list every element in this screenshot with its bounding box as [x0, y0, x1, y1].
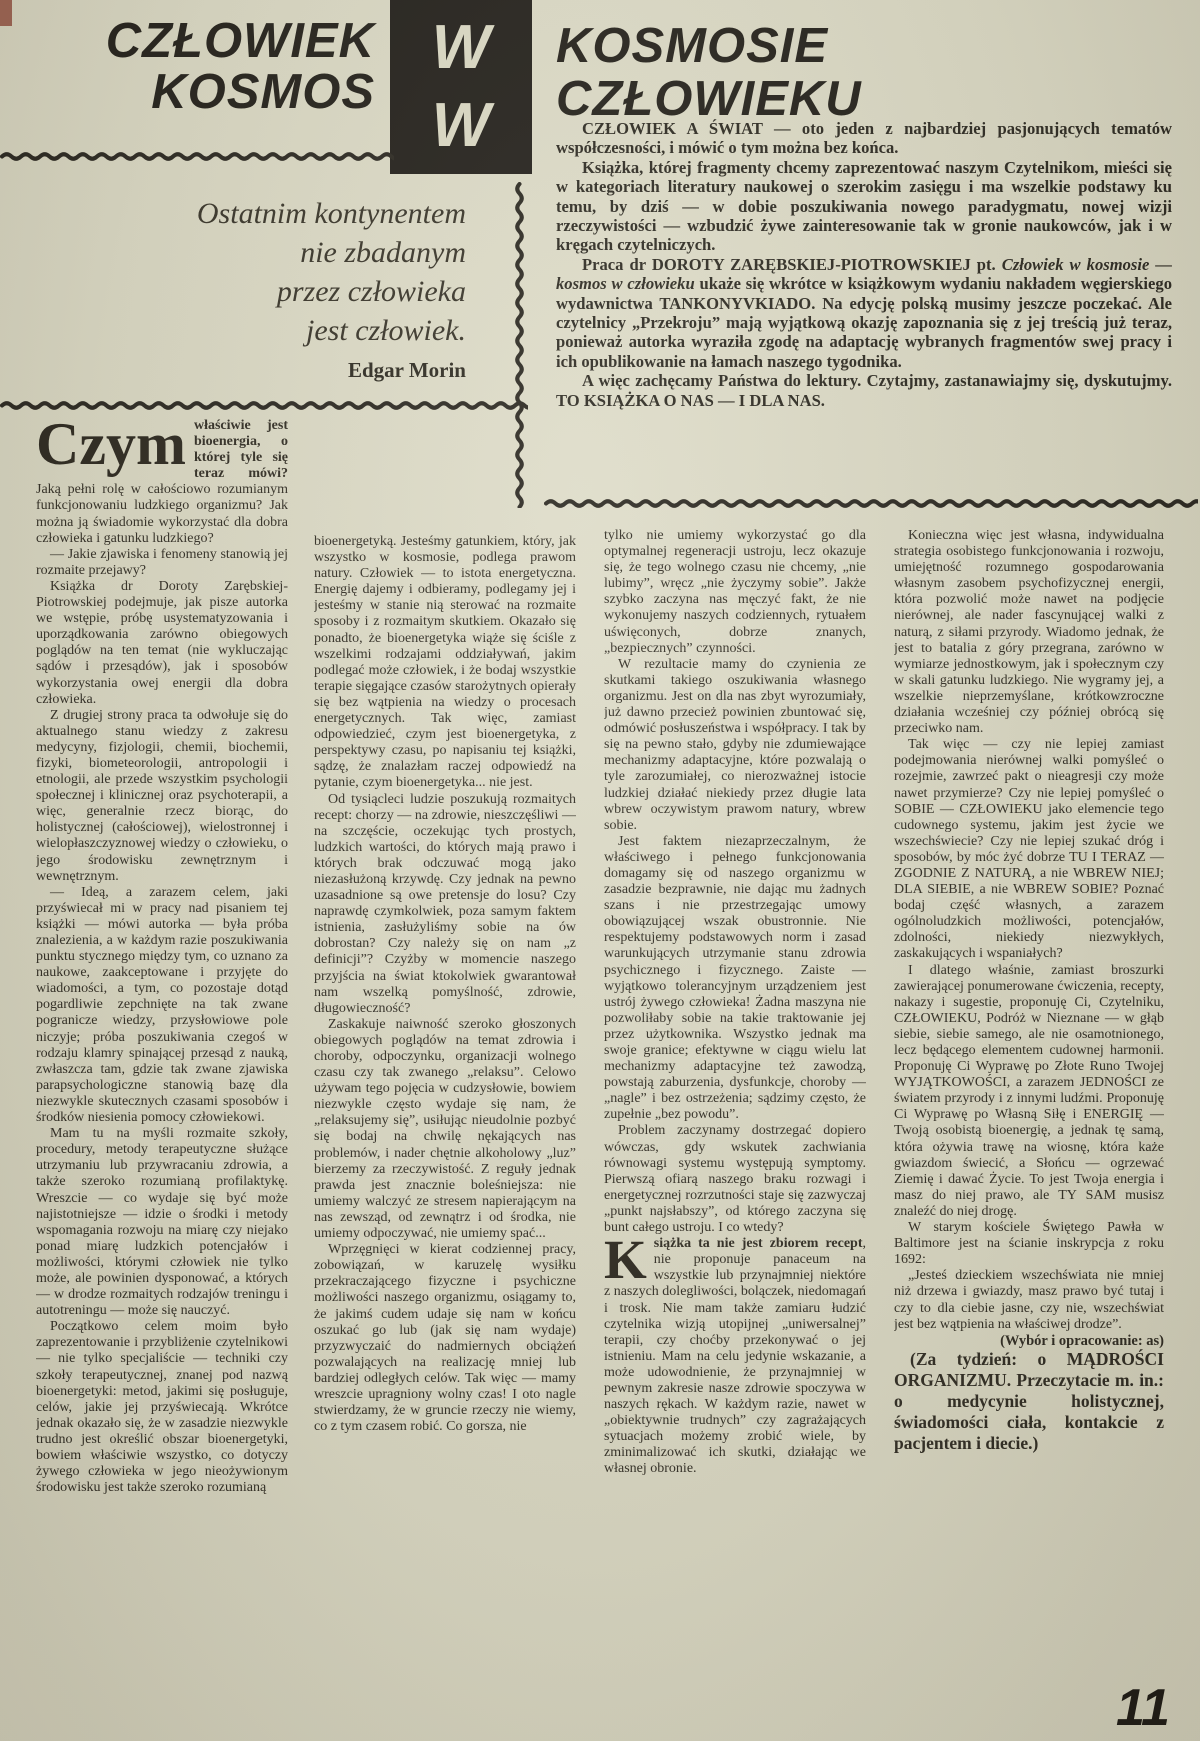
intro-paragraph: Książka, której fragmenty chcemy zapreze… [556, 158, 1172, 255]
intro-text: Praca dr [582, 255, 652, 274]
lead-bold: właściwie jest bioenergia, o której tyle… [194, 418, 288, 481]
paragraph: — Jakie zjawiska i fenomeny stanowią jej… [36, 547, 288, 579]
paragraph: Problem zaczynamy dostrzegać dopiero wów… [604, 1123, 866, 1236]
paragraph: W starym kościele Świętego Pawła w Balti… [894, 1220, 1164, 1268]
paragraph: Od tysiącleci ludzie poszukują rozmaityc… [314, 792, 576, 1017]
intro-block: CZŁOWIEK A ŚWIAT — oto jeden z najbardzi… [556, 119, 1172, 410]
paragraph: Konieczna więc jest własna, indywidualna… [894, 528, 1164, 737]
paragraph: Książka dr Doroty Zarębskiej-Piotrowskie… [36, 579, 288, 708]
intro-paragraph: Praca dr DOROTY ZARĘBSKIEJ-PIOTROWSKIEJ … [556, 255, 1172, 371]
credit-line: (Wybór i opracowanie: as) [894, 1333, 1164, 1349]
body-column-4: Konieczna więc jest własna, indywidualna… [894, 528, 1164, 1708]
paragraph: „Jesteś dzieckiem wszechświata nie mniej… [894, 1268, 1164, 1332]
paragraph: Tak więc — czy nie lepiej zamiast podejm… [894, 737, 1164, 962]
quote-line: przez człowieka [100, 272, 466, 311]
drop-cap: K [604, 1236, 654, 1282]
paragraph: Początkowo celem moim było zaprezentowan… [36, 1319, 288, 1496]
quote-attribution: Edgar Morin [100, 358, 466, 383]
paragraph: Jest faktem niezaprzeczalnym, że właściw… [604, 834, 866, 1124]
paragraph: — Ideą, a zarazem celem, jaki przyświeca… [36, 885, 288, 1126]
body-column-2: bioenergetyką. Jesteśmy gatunkiem, który… [314, 534, 576, 1700]
quote-line: nie zbadanym [100, 233, 466, 272]
body-column-1: Czymwłaściwie jest bioenergia, o której … [36, 418, 288, 1700]
ww-logo-letter-2: W [432, 96, 491, 156]
ww-logo-letter-1: W [432, 18, 491, 78]
paragraph: tylko nie umiemy wykorzystać go dla opty… [604, 528, 866, 657]
lead-bold: siążka ta nie jest zbiorem recept [654, 1236, 863, 1251]
wavy-divider-vertical [513, 182, 526, 508]
intro-paragraph: CZŁOWIEK A ŚWIAT — oto jeden z najbardzi… [556, 119, 1172, 158]
wavy-divider-top-left [0, 150, 394, 163]
quote-line: Ostatnim kontynentem [100, 194, 466, 233]
ww-logo: W W [390, 0, 532, 174]
intro-paragraph: A więc zachęcamy Państwa do lektury. Czy… [556, 371, 1172, 410]
magazine-page: CZŁOWIEK KOSMOS W W KOSMOSIE CZŁOWIEKU O… [0, 0, 1200, 1741]
pull-quote: Ostatnim kontynentem nie zbadanym przez … [100, 194, 466, 383]
title-left: CZŁOWIEK KOSMOS [30, 16, 375, 118]
drop-word: Czym [36, 418, 194, 467]
paragraph: Zaskakuje naiwność szeroko głoszonych ob… [314, 1017, 576, 1242]
title-left-line1: CZŁOWIEK [30, 16, 375, 67]
wavy-divider-below-quote [0, 399, 528, 412]
paragraph: Książka ta nie jest zbiorem recept, nie … [604, 1236, 866, 1477]
paragraph: W rezultacie mamy do czynienia ze skutka… [604, 657, 866, 834]
title-right: KOSMOSIE CZŁOWIEKU [556, 20, 862, 126]
quote-line: jest człowiek. [100, 311, 466, 350]
paragraph: Mam tu na myśli rozmaite szkoły, procedu… [36, 1126, 288, 1319]
paragraph: Z drugiej strony praca ta odwołuje się d… [36, 708, 288, 885]
next-week-announcement: (Za tydzień: o MĄDROŚCI ORGANIZMU. Przec… [894, 1349, 1164, 1454]
title-left-line2: KOSMOS [30, 67, 375, 118]
intro-text: pt. [971, 255, 1002, 274]
paragraph-text: Jaką pełni rolę w całościowo rozumianym … [36, 482, 288, 545]
paragraph: Wprzęgnięci w kierat codziennej pracy, z… [314, 1242, 576, 1435]
body-column-3: tylko nie umiemy wykorzystać go dla opty… [604, 528, 866, 1700]
paragraph: I dlatego właśnie, zamiast broszurki zaw… [894, 963, 1164, 1221]
paragraph: bioenergetyką. Jesteśmy gatunkiem, który… [314, 534, 576, 792]
page-number: 11 [1116, 1678, 1170, 1738]
print-artifact [0, 0, 12, 26]
wavy-divider-below-intro [544, 497, 1198, 510]
author-name: DOROTY ZARĘBSKIEJ-PIOTROWSKIEJ [652, 255, 971, 274]
paragraph: Czymwłaściwie jest bioenergia, o której … [36, 418, 288, 547]
title-right-line1: KOSMOSIE [556, 20, 862, 73]
